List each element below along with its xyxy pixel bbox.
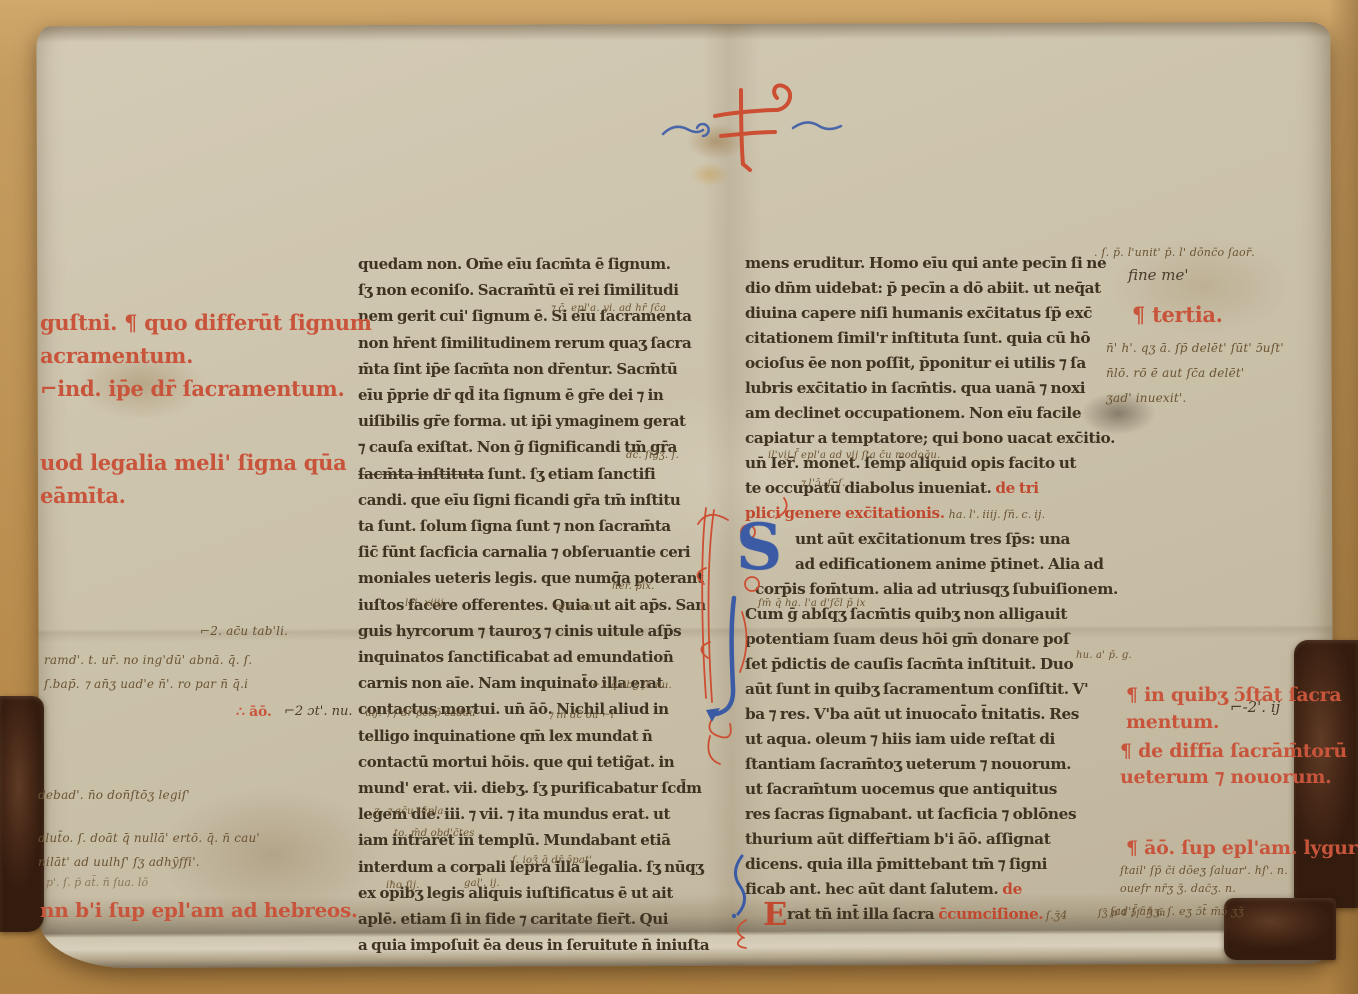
- note-line: uod legalia meli' ſigna qūa: [40, 446, 346, 479]
- note-line: ſtail' ſp̄ c̄i dōeʒ ſaluar'. hſ'. n.: [1120, 862, 1288, 880]
- note-line: debad'. n̄o don̄ſtōʒ legiſ': [38, 788, 190, 802]
- text-segment: a quia impoſuit ēa deus in ſeruitute n̄ …: [358, 936, 709, 954]
- text-segment: res ſacras ſignabant. ut ſacficia ⁊ oblō…: [745, 805, 1076, 823]
- text-segment: contactū mortui hōis. que qui tetig̃at. …: [358, 753, 674, 771]
- note-line: ueterum ⁊ nouorum.: [1120, 764, 1347, 790]
- margin-gloss: ſtail' ſp̄ c̄i dōeʒ ſaluar'. hſ'. n.ouef…: [1120, 862, 1288, 898]
- text-line: guis hyrcorum ⁊ tauroʒ ⁊ cinis uitule aſ…: [358, 618, 714, 644]
- text-segment: uiſibilis gr̄e forma. ut ip̄i ymaginem g…: [358, 412, 686, 430]
- margin-ref-red: ∴ āō.: [236, 704, 272, 720]
- text-line: ocioſus ēe non poſſit, p̄ponitur ei util…: [745, 351, 1131, 376]
- text-segment: guis hyrcorum ⁊ tauroʒ ⁊ cinis uitule aſ…: [358, 622, 681, 640]
- interlinear-gloss: hu. a' p̄. ɡ.: [1076, 650, 1132, 661]
- note-line: ⌐ind. ip̄e dr̄ ſacramentum.: [40, 372, 372, 405]
- text-line: a quia impoſuit ēa deus in ſeruitute n̄ …: [358, 932, 714, 958]
- margin-rubric-differentia: ¶ de diffīa ſacrām̄torūueterum ⁊ nouorum…: [1120, 738, 1347, 790]
- text-segment: mens eruditur. Homo eīu qui ante pecīn ſ…: [745, 254, 1106, 272]
- note-line: ⁊ c̄. epl'a. yi. ad hr̄ ſc̄a: [550, 303, 666, 314]
- text-line: candi. que eīu ſigni ficandi gr̄a tm̄ in…: [358, 487, 714, 513]
- margin-gloss: . ſ. p̄. l'unit' p̄. l' dōnc̄o ſaor̄.: [1094, 246, 1255, 259]
- note-line: niū. xix.: [555, 602, 597, 613]
- note-line: ramd'. t. ur̄. no ing'dū' abnā. q̄. ſ.: [44, 648, 252, 672]
- text-segment: telligo inquinatione qm̄ lex mundat n̄: [358, 727, 652, 745]
- text-line: ut aqua. oleum ⁊ hiis iam uide reſtat di: [745, 727, 1131, 752]
- text-line: mund' erat. vii. diebʒ. ſʒ purificabatur…: [358, 775, 714, 801]
- interlinear-gloss: uij. ⁊ ſ̄ dr̄ p̄cep̄ cadau': [365, 708, 479, 719]
- margin-catchword: fine me': [1128, 266, 1189, 284]
- text-line: ut ſacram̄tum uocemus que antiquitus: [745, 777, 1131, 802]
- note-line: ʒad' inuexit'.: [1106, 386, 1284, 411]
- leather-strap-left: [0, 696, 44, 932]
- interlinear-gloss: to. m̄d obd'c̄tes: [394, 828, 475, 839]
- text-line: diuina capere niſi humanis exc̄itatus ſp…: [745, 301, 1131, 326]
- text-line: ſacm̄ta inſtituta ſunt. ſʒ etiam ſanctif…: [358, 461, 714, 487]
- text-line: ſet p̄dictis de cauſis ſacm̄ta inſtituit…: [745, 652, 1131, 677]
- text-line: ſtantiam ſacram̄toʒ ueterum ⁊ nouorum.: [745, 752, 1131, 777]
- interlinear-gloss: ʒ. ⁊ ac̄u tēpla.: [374, 806, 447, 817]
- note-line: her. p̄ix.: [612, 581, 655, 592]
- note-line: ¶ āō. ſup epl'am. lygur: [1126, 837, 1357, 859]
- text-line: telligo inquinatione qm̄ lex mundat n̄: [358, 723, 714, 749]
- text-line: aplē. etiam ſi in fide ⁊ caritate fier̄t…: [358, 906, 714, 932]
- text-column-right: mens eruditur. Homo eīu qui ante pecīn ſ…: [745, 251, 1131, 928]
- note-line: ⌐2 ɔt'. nu.: [284, 704, 353, 719]
- text-segment: m̄ta ſint ip̄e ſacm̄ta non dr̄entur. Sac…: [358, 360, 677, 378]
- text-segment: aūt ſunt in quibʒ ſacramentum conſiſtit.…: [745, 680, 1088, 698]
- text-segment: unt aūt exc̄itationum tres ſp̄s: una: [795, 530, 1070, 548]
- margin-gloss: debad'. n̄o don̄ſtōʒ legiſ': [38, 788, 190, 802]
- note-line: . ſ. p̄. l'unit' p̄. l' dōnc̄o ſaor̄.: [1094, 246, 1255, 259]
- margin-gloss: ramd'. t. ur̄. no ing'dū' abnā. q̄. ſ.ſ.…: [44, 648, 252, 696]
- interlinear-gloss: il'vij ſ̄ epl'a ad vij ſta c̄u modoq̄u.: [768, 450, 940, 461]
- interlinear-gloss: ⁊ c̄. epl'a. yi. ad hr̄ ſc̄a: [550, 303, 666, 314]
- text-line: eīu p̄prie dr̄ qd̄ ita ſignum ē gr̄e dei…: [358, 382, 714, 408]
- text-line: plici genere exc̄itationis. ha. l'. iiij…: [745, 501, 1131, 527]
- text-segment: ſacm̄ta inſtituta: [358, 465, 484, 483]
- text-segment: aplē. etiam ſi in fide ⁊ caritate fier̄t…: [358, 910, 668, 928]
- note-line: alut̄o. ſ. doāt q̄ nullā' ertō. q̄. n̄ c…: [38, 826, 260, 850]
- note-line: n̄lō. rō ē aut ſc̄a delēt': [1106, 361, 1284, 386]
- text-segment: non hr̄ent ſimilitudinem rerum quaʒ ſacr…: [358, 334, 691, 352]
- note-line: il'vij ſ̄ epl'a ad vij ſta c̄u modoq̄u.: [768, 450, 940, 461]
- text-segment: mund' erat. vii. diebʒ. ſʒ purificabatur…: [358, 779, 702, 797]
- text-line: contactū mortui hōis. que qui tetig̃at. …: [358, 749, 714, 775]
- text-line: lubris exc̄itatio in ſacm̄tis. qua uanā …: [745, 376, 1131, 401]
- note-line: ſʒ̄ p'4 ɔ̄ſ' ʒ̄ m̄: [1098, 908, 1166, 919]
- text-segment: candi. que eīu ſigni ficandi gr̄a tm̄ in…: [358, 491, 680, 509]
- note-line: nilāt' ad uulhſ' ſʒ adhȳffi'.: [38, 850, 260, 874]
- note-line: eāmīta.: [40, 479, 346, 512]
- text-segment: citationem ſimil'r inſtituta ſunt. quia …: [745, 329, 1090, 347]
- text-line: Erat tn̄ int̄ illa ſacra c̄cumciſione. ſ…: [745, 902, 1131, 928]
- note-line: lc̄i. xiiij.: [405, 598, 447, 609]
- note-line: guſtni. ¶ quo differūt ſignum: [40, 306, 372, 339]
- text-line: potentiam ſuam deus hōi gm̄ donare poſ: [745, 627, 1131, 652]
- text-segment: c̄cumciſione.: [938, 905, 1043, 923]
- note-line: uij. ⁊ ſ̄ dr̄ p̄cep̄ cadau': [365, 708, 479, 719]
- text-line: aūt ſunt in quibʒ ſacramentum conſiſtit.…: [745, 677, 1131, 702]
- text-segment: dio dn̄m uidebat: p̄ pecīn a dō abiit. u…: [745, 279, 1101, 297]
- interlinear-gloss: niū. xix.: [555, 602, 597, 613]
- text-line: ſic̄ fūnt ſacficia carnalia ⁊ obſeruanti…: [358, 539, 714, 565]
- interlinear-gloss: ⌐2 q̄ɔibʒ ſc̄ nu.: [592, 680, 672, 691]
- margin-gloss-faint: p'. ſ. p̄ at̄. n̄ ſua. lō: [46, 876, 148, 889]
- text-line: uiſibilis gr̄e forma. ut ip̄i ymaginem g…: [358, 408, 714, 434]
- margin-ref: ⌐-2'. ij: [1230, 698, 1280, 716]
- interlinear-gloss: gal'. ij.: [464, 878, 500, 889]
- manuscript-photo: quedam non. Om̄e eīu ſacm̄ta ē ſignum.ſʒ…: [0, 0, 1358, 994]
- text-segment: ad edificationem anime p̄tinet. Alia ad: [795, 555, 1104, 573]
- text-segment: corp̄is fom̄tum. alia ad utriusqʒ ſubuiſ…: [755, 580, 1118, 598]
- margin-rubric-epistolam: ¶ āō. ſup epl'am. lygur: [1126, 837, 1357, 859]
- margin-rubric-tertia: ¶ tertia.: [1132, 302, 1223, 327]
- note-line: gal'. ij.: [464, 878, 500, 889]
- text-line: unt aūt exc̄itationum tres ſp̄s: una: [745, 527, 1131, 552]
- text-line: res ſacras ſignabant. ut ſacficia ⁊ oblō…: [745, 802, 1131, 827]
- text-segment: capiatur a temptatore; qui bono uacat ex…: [745, 429, 1115, 447]
- note-line: hu. a' p̄. ɡ.: [1076, 650, 1132, 661]
- margin-gloss: n̄' h'. qʒ ā. ſp̄ delēt' ſūt' ɔ̄uſt'n̄lō…: [1106, 336, 1284, 411]
- text-segment: rat tn̄ int̄ illa ſacra: [787, 905, 938, 923]
- illuminated-initial-s: S: [736, 518, 782, 578]
- text-line: m̄ta ſint ip̄e ſacm̄ta non dr̄entur. Sac…: [358, 356, 714, 382]
- text-line: citationem ſimil'r inſtituta ſunt. quia …: [745, 326, 1131, 351]
- text-line: capiatur a temptatore; qui bono uacat ex…: [745, 426, 1131, 451]
- text-line: moniales ueteris legis. que numq̄a poter…: [358, 565, 714, 591]
- interlinear-gloss: iħo ſij.: [386, 880, 420, 891]
- text-segment: eīu p̄prie dr̄ qd̄ ita ſignum ē gr̄e dei…: [358, 386, 663, 404]
- text-line: inquinatos ſanctificabat ad emundation̄: [358, 644, 714, 670]
- note-line: fine me': [1128, 266, 1189, 284]
- text-segment: dicens. quia illa p̄mittebant tm̄ ⁊ ſign…: [745, 855, 1047, 873]
- note-line: ouefr nr̄ʒ ʒ̄. dac̄ʒ. n.: [1120, 880, 1288, 898]
- text-line: quedam non. Om̄e eīu ſacm̄ta ē ſignum.: [358, 251, 714, 277]
- text-segment: ha. l'. iiij. ſn̄. c. ij.: [949, 508, 1046, 521]
- text-segment: ſic̄ fūnt ſacficia carnalia ⁊ obſeruanti…: [358, 543, 690, 561]
- text-line: am declinet occupationem. Non eīu facile: [745, 401, 1131, 426]
- text-segment: ſʒ non econiſo. Sacram̄tū eī rei ſimilit…: [358, 281, 679, 299]
- interlinear-gloss: ⁊ l'ɔ̄. ſ. ſ.: [800, 478, 845, 489]
- note-line: ⁊ in̄ dc̄ ou ⌐i: [548, 710, 614, 721]
- note-line: p'. ſ. p̄ at̄. n̄ ſua. lō: [46, 876, 148, 889]
- penwork-flourish-bottom: [712, 850, 772, 950]
- text-line: non hr̄ent ſimilitudinem rerum quaʒ ſacr…: [358, 330, 714, 356]
- margin-ref: ⌐2 ɔt'. nu.: [284, 704, 353, 719]
- note-line: ⌐2. ac̄u tab'li.: [200, 620, 288, 642]
- text-line: ba ⁊ res. V'ba aūt ut inuocat̄o t̄nitati…: [745, 702, 1131, 727]
- note-line: iħo ſij.: [386, 880, 420, 891]
- text-segment: de: [1002, 880, 1022, 898]
- interlinear-gloss: ſm̄ q̄ ha. l'a d'ſc̄l p̄ ix: [758, 598, 866, 609]
- margin-rubric-legalia: uod legalia meli' ſigna qūaeāmīta.: [40, 446, 346, 512]
- interlinear-gloss: ſ. ioʒ̄ q̄ dr̄ ɔ̄pat': [512, 855, 592, 866]
- note-line: n̄' h'. qʒ ā. ſp̄ delēt' ſūt' ɔ̄uſt': [1106, 336, 1284, 361]
- text-segment: thurium aūt differ̄tiam b'i āō. aſſignat: [745, 830, 1050, 848]
- margin-rubric-augustinus: guſtni. ¶ quo differūt ſignumacramentum.…: [40, 306, 372, 405]
- text-line: ſʒ non econiſo. Sacram̄tū eī rei ſimilit…: [358, 277, 714, 303]
- text-segment: quedam non. Om̄e eīu ſacm̄ta ē ſignum.: [358, 255, 671, 273]
- text-line: ad edificationem anime p̄tinet. Alia ad: [745, 552, 1131, 577]
- text-segment: diuina capere niſi humanis exc̄itatus ſp…: [745, 304, 1092, 322]
- text-segment: de tri: [995, 479, 1038, 497]
- margin-gloss: ⌐2. ac̄u tab'li.: [200, 620, 288, 642]
- note-line: ⌐2 q̄ɔibʒ ſc̄ nu.: [592, 680, 672, 691]
- text-segment: ta ſunt. ſolum ſigna ſunt ⁊ non ſacram̄t…: [358, 517, 671, 535]
- note-line: ⁊ l'ɔ̄. ſ. ſ.: [800, 478, 845, 489]
- margin-rubric-hebreos: nn b'i ſup epl'am ad hebreos.: [40, 898, 358, 922]
- text-segment: ſunt. ſʒ etiam ſanctifi: [484, 465, 655, 483]
- text-line: mens eruditur. Homo eīu qui ante pecīn ſ…: [745, 251, 1131, 276]
- note-line: ʒ. ⁊ ac̄u tēpla.: [374, 806, 447, 817]
- interlinear-gloss: her. p̄ix.: [612, 581, 655, 592]
- text-line: dio dn̄m uidebat: p̄ pecīn a dō abiit. u…: [745, 276, 1131, 301]
- text-segment: inquinatos ſanctificabat ad emundation̄: [358, 648, 673, 666]
- text-segment: ocioſus ēe non poſſit, p̄ponitur ei util…: [745, 354, 1086, 372]
- interlinear-gloss: lc̄i. xiiij.: [405, 598, 447, 609]
- note-line: ſm̄ q̄ ha. l'a d'ſc̄l p̄ ix: [758, 598, 866, 609]
- note-line: nn b'i ſup epl'am ad hebreos.: [40, 898, 358, 922]
- interlinear-gloss: ſʒ̄ p'4 ɔ̄ſ' ʒ̄ m̄: [1098, 908, 1166, 919]
- text-segment: am declinet occupationem. Non eīu facile: [745, 404, 1081, 422]
- note-line: acramentum.: [40, 339, 372, 372]
- note-line: dc̄. ſig̃ʒ. ſ.: [626, 450, 679, 461]
- note-line: ¶ de diffīa ſacrām̄torū: [1120, 738, 1347, 764]
- note-line: ¶ tertia.: [1132, 302, 1223, 327]
- text-line: dicens. quia illa p̄mittebant tm̄ ⁊ ſign…: [745, 852, 1131, 877]
- text-segment: lubris exc̄itatio in ſacm̄tis. qua uanā …: [745, 379, 1085, 397]
- quire-mark-ornament: [645, 72, 835, 172]
- note-line: ∴ āō.: [236, 704, 272, 720]
- margin-gloss: alut̄o. ſ. doāt q̄ nullā' ertō. q̄. n̄ c…: [38, 826, 260, 874]
- interlinear-gloss: ⁊ in̄ dc̄ ou ⌐i: [548, 710, 614, 721]
- note-line: to. m̄d obd'c̄tes: [394, 828, 475, 839]
- note-line: ſ.bap̄. ⁊ an̄ʒ uad'e n̄'. ro par n̄ q̄.i: [44, 672, 252, 696]
- text-line: thurium aūt differ̄tiam b'i āō. aſſignat: [745, 827, 1131, 852]
- note-line: ſ. ioʒ̄ q̄ dr̄ ɔ̄pat': [512, 855, 592, 866]
- text-line: ta ſunt. ſolum ſigna ſunt ⁊ non ſacram̄t…: [358, 513, 714, 539]
- text-line: ficab ant. hec aūt dant ſalutem. de: [745, 877, 1131, 902]
- text-segment: ſ.ʒ̄4: [1043, 909, 1067, 922]
- interlinear-gloss: dc̄. ſig̃ʒ. ſ.: [626, 450, 679, 461]
- note-line: ⌐-2'. ij: [1230, 698, 1280, 716]
